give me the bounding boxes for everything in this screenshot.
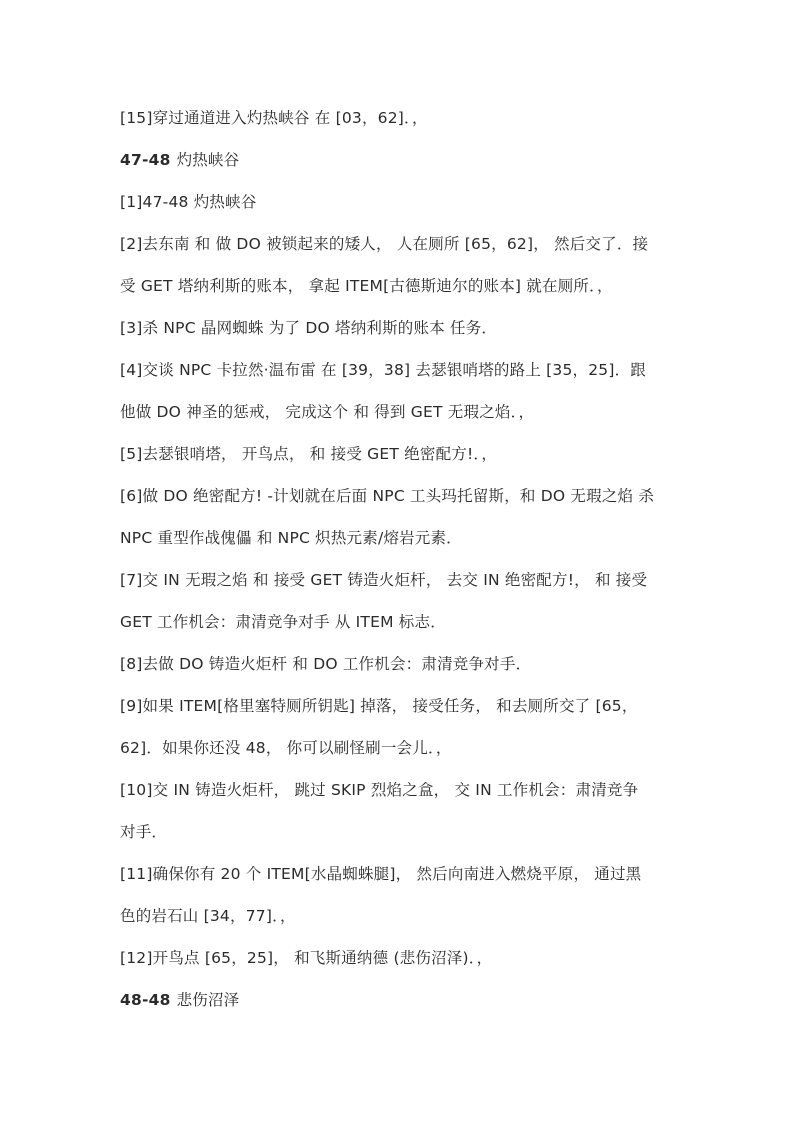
guide-step-12: [12]开鸟点 [65，25]， 和飞斯通纳德 (悲伤沼泽)．， xyxy=(120,937,690,979)
heading-level-range: 47-48 xyxy=(120,151,171,169)
guide-step-11-cont: 色的岩石山 [34，77]．， xyxy=(120,895,690,937)
guide-step-5: [5]去瑟银哨塔， 开鸟点， 和 接受 GET 绝密配方!．， xyxy=(120,433,690,475)
guide-step-11: [11]确保你有 20 个 ITEM[水晶蜘蛛腿]， 然后向南进入燃烧平原， 通… xyxy=(120,853,690,895)
guide-step-4: [4]交谈 NPC 卡拉然·温布雷 在 [39，38] 去瑟银哨塔的路上 [35… xyxy=(120,349,690,391)
guide-step-9: [9]如果 ITEM[格里塞特厕所钥匙] 掉落， 接受任务， 和去厕所交了 [6… xyxy=(120,685,690,727)
guide-step-10-cont: 对手． xyxy=(120,811,690,853)
heading-level-range: 48-48 xyxy=(120,991,171,1009)
guide-step-7: [7]交 IN 无瑕之焰 和 接受 GET 铸造火炬杆， 去交 IN 绝密配方!… xyxy=(120,559,690,601)
guide-step-4-cont: 他做 DO 神圣的惩戒， 完成这个 和 得到 GET 无瑕之焰．， xyxy=(120,391,690,433)
guide-step-6: [6]做 DO 绝密配方! -计划就在后面 NPC 工头玛托留斯，和 DO 无瑕… xyxy=(120,475,690,517)
guide-step-9-cont: 62]．如果你还没 48， 你可以刷怪刷一会儿．， xyxy=(120,727,690,769)
guide-step-10: [10]交 IN 铸造火炬杆， 跳过 SKIP 烈焰之盒， 交 IN 工作机会：… xyxy=(120,769,690,811)
guide-step-2: [2]去东南 和 做 DO 被锁起来的矮人， 人在厕所 [65，62]， 然后交… xyxy=(120,223,690,265)
guide-step-1: [1]47-48 灼热峡谷 xyxy=(120,181,690,223)
heading-zone-name: 悲伤沼泽 xyxy=(177,991,240,1009)
guide-step-3: [3]杀 NPC 晶网蜘蛛 为了 DO 塔纳利斯的账本 任务． xyxy=(120,307,690,349)
section-heading-47-48: 47-48灼热峡谷 xyxy=(120,139,690,181)
guide-step-8: [8]去做 DO 铸造火炬杆 和 DO 工作机会：肃清竞争对手． xyxy=(120,643,690,685)
section-heading-48-48: 48-48悲伤沼泽 xyxy=(120,979,690,1021)
guide-step-15: [15]穿过通道进入灼热峡谷 在 [03，62]．， xyxy=(120,97,690,139)
document-page: [15]穿过通道进入灼热峡谷 在 [03，62]．， 47-48灼热峡谷 [1]… xyxy=(120,97,690,1021)
guide-step-6-cont: NPC 重型作战傀儡 和 NPC 炽热元素/熔岩元素． xyxy=(120,517,690,559)
heading-zone-name: 灼热峡谷 xyxy=(177,151,240,169)
guide-step-7-cont: GET 工作机会：肃清竞争对手 从 ITEM 标志． xyxy=(120,601,690,643)
guide-step-2-cont: 受 GET 塔纳利斯的账本， 拿起 ITEM[古德斯迪尔的账本] 就在厕所．， xyxy=(120,265,690,307)
